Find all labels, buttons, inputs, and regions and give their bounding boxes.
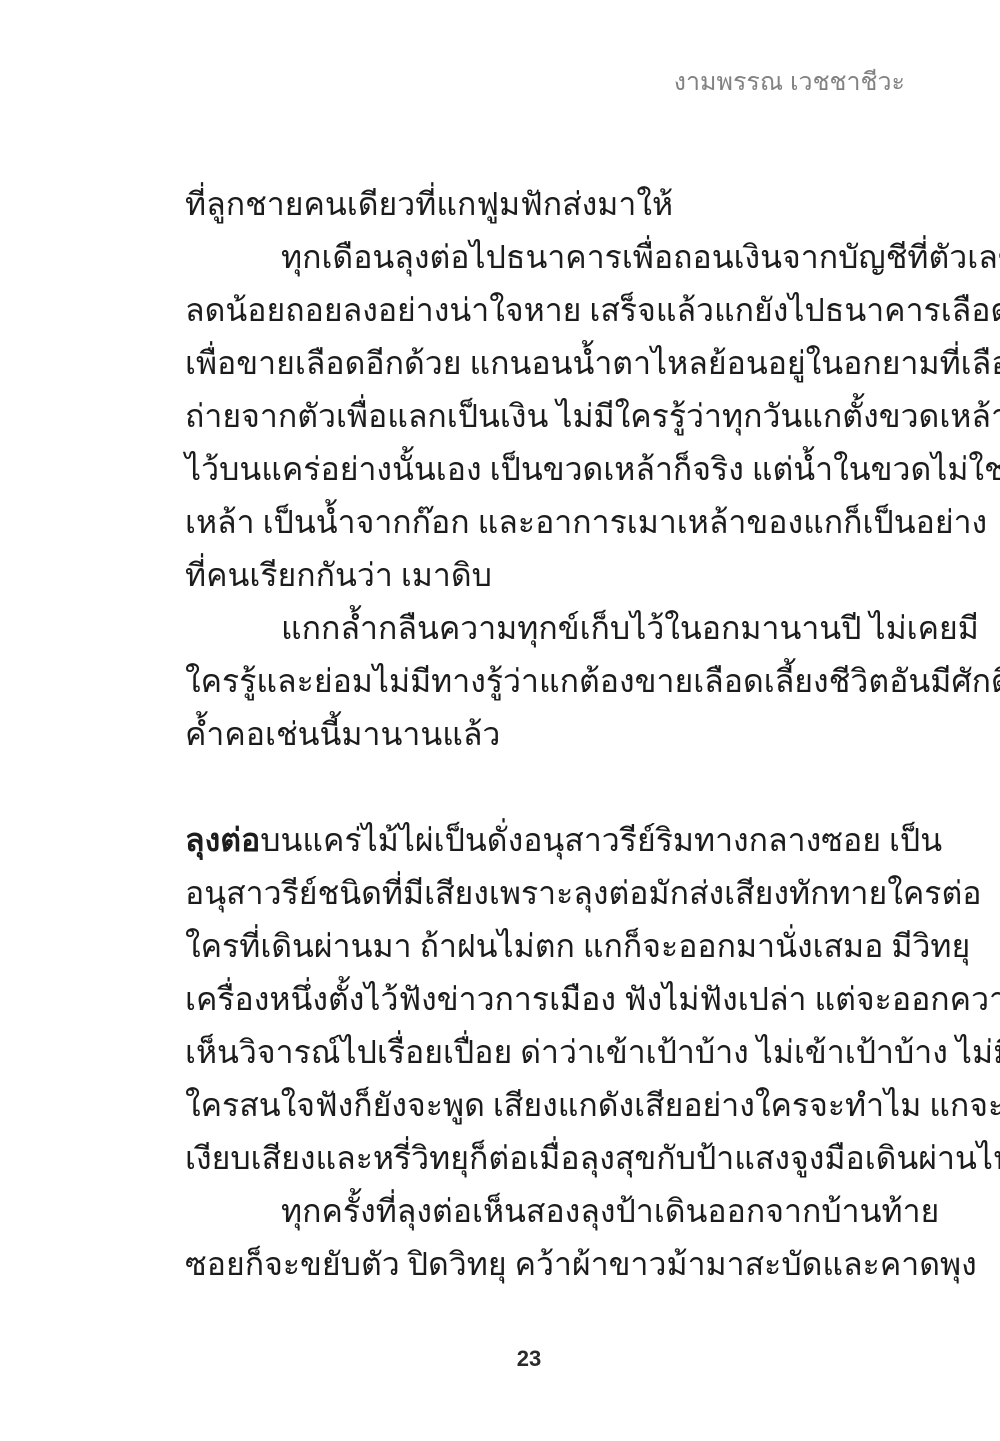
text-line: อนุสาวรีย์ชนิดที่มีเสียงเพราะลุงต่อมักส่… — [185, 867, 917, 920]
text-line: ทุกเดือนลุงต่อไปธนาคารเพื่อถอนเงินจากบัญ… — [185, 231, 917, 284]
text-line: เหล้า เป็นน้ำจากก๊อก และอาการเมาเหล้าของ… — [185, 496, 917, 549]
text-line: ลดน้อยถอยลงอย่างน่าใจหาย เสร็จแล้วแกยังไ… — [185, 284, 917, 337]
text-line: ใครรู้และย่อมไม่มีทางรู้ว่าแกต้องขายเลือ… — [185, 655, 917, 708]
page-number: 23 — [185, 1346, 873, 1372]
text-line: ถ่ายจากตัวเพื่อแลกเป็นเงิน ไม่มีใครรู้ว่… — [185, 390, 917, 443]
text-line: เห็นวิจารณ์ไปเรื่อยเปื่อย ด่าว่าเข้าเป้า… — [185, 1026, 917, 1079]
text-line: เงียบเสียงและหรี่วิทยุก็ต่อเมื่อลุงสุขกั… — [185, 1132, 917, 1185]
text-line: แกกล้ำกลืนความทุกข์เก็บไว้ในอกมานานปี ไม… — [185, 602, 917, 655]
text-line: ใครสนใจฟังก็ยังจะพูด เสียงแกดังเสียอย่าง… — [185, 1079, 917, 1132]
text-line: ไว้บนแคร่อย่างนั้นเอง เป็นขวดเหล้าก็จริง… — [185, 443, 917, 496]
text-line: เครื่องหนึ่งตั้งไว้ฟังข่าวการเมือง ฟังไม… — [185, 973, 917, 1026]
body-text-block: ที่ลูกชายคนเดียวที่แกฟูมฟักส่งมาให้ ทุกเ… — [185, 178, 917, 1291]
running-header-author: งามพรรณ เวชชาชีวะ — [185, 64, 905, 100]
text-line-rest: บนแคร่ไม้ไผ่เป็นดั่งอนุสาวรีย์ริมทางกลาง… — [260, 822, 942, 858]
text-line: ใครที่เดินผ่านมา ถ้าฝนไม่ตก แกก็จะออกมาน… — [185, 920, 917, 973]
book-page: งามพรรณ เวชชาชีวะ ที่ลูกชายคนเดียวที่แกฟ… — [0, 0, 1000, 1441]
text-line: ลุงต่อบนแคร่ไม้ไผ่เป็นดั่งอนุสาวรีย์ริมท… — [185, 814, 917, 867]
text-line: ที่คนเรียกกันว่า เมาดิบ — [185, 549, 917, 602]
text-line: เพื่อขายเลือดอีกด้วย แกนอนน้ำตาไหลย้อนอย… — [185, 337, 917, 390]
text-line: ค้ำคอเช่นนี้มานานแล้ว — [185, 708, 917, 761]
section-lead-name: ลุงต่อ — [185, 822, 260, 858]
text-line: ซอยก็จะขยับตัว ปิดวิทยุ คว้าผ้าขาวม้ามาส… — [185, 1238, 917, 1291]
text-line: ทุกครั้งที่ลุงต่อเห็นสองลุงป้าเดินออกจาก… — [185, 1185, 917, 1238]
text-line: ที่ลูกชายคนเดียวที่แกฟูมฟักส่งมาให้ — [185, 178, 917, 231]
paragraph-gap — [185, 761, 917, 814]
